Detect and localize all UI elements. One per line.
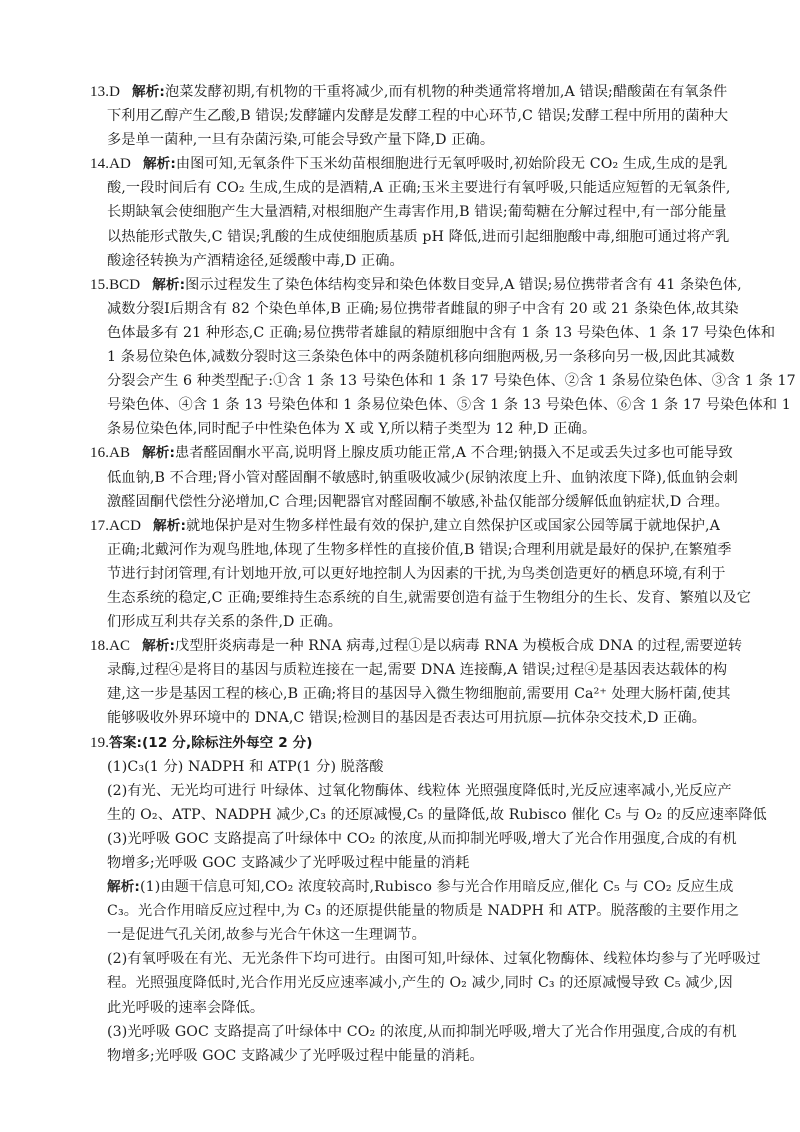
item-text: 由图可知,无氧条件下玉米幼苗根细胞进行无氧呼吸时,初始阶段无 CO₂ 生成,生成… (176, 156, 728, 172)
explanation-line: 此光呼吸的速率会降低。 (90, 996, 720, 1020)
explanation-line: (2)有氧呼吸在有光、无光条件下均可进行。由图可知,叶绿体、过氧化物酶体、线粒体… (90, 947, 720, 971)
item-text: 酸,一段时间后有 CO₂ 生成,生成的是酒精,A 正确;玉米主要进行有氧呼吸,只… (90, 176, 720, 200)
answer-part-1: (1)C₃(1 分) NADPH 和 ATP(1 分) 脱落酸 (90, 755, 720, 779)
item-first-line: 17.ACD解析:就地保护是对生物多样性最有效的保护,建立自然保护区或国家公园等… (90, 514, 720, 538)
item-number: 18. (90, 638, 109, 654)
answer-item-17: 17.ACD解析:就地保护是对生物多样性最有效的保护,建立自然保护区或国家公园等… (90, 514, 720, 634)
item-text: 以热能形式散失,C 错误;乳酸的生成使细胞质基质 pH 降低,进而引起细胞酸中毒… (90, 225, 720, 249)
item-text: 图示过程发生了染色体结构变异和染色体数目变异,A 错误;易位携带者含有 41 条… (185, 277, 742, 293)
item-text: 患者醛固酮水平高,说明肾上腺皮质功能正常,A 不合理;钠摄入不足或丢失过多也可能… (175, 445, 733, 461)
item-answer: AD (109, 156, 131, 172)
item-answer: ACD (109, 518, 141, 534)
item-number: 14. (90, 156, 109, 172)
item-answer: AB (109, 445, 130, 461)
item-answer: BCD (109, 277, 140, 293)
item-text: 正确;北戴河作为观鸟胜地,体现了生物多样性的直接价值,B 错误;合理利用就是最好… (90, 538, 720, 562)
answer-item-14: 14.AD解析:由图可知,无氧条件下玉米幼苗根细胞进行无氧呼吸时,初始阶段无 C… (90, 152, 720, 272)
item-text: 生态系统的稳定,C 正确;要维持生态系统的自生,就需要创造有益于生物组分的生长、… (90, 586, 720, 610)
answer-part-3-cont: 物增多;光呼吸 GOC 支路减少了光呼吸过程中能量的消耗 (90, 851, 720, 875)
item-text: 低血钠,B 不合理;肾小管对醛固酮不敏感时,钠重吸收减少(尿钠浓度上升、血钠浓度… (90, 466, 720, 490)
explanation-line: 解析:(1)由题干信息可知,CO₂ 浓度较高时,Rubisco 参与光合作用暗反… (90, 875, 720, 899)
answer-part-3: (3)光呼吸 GOC 支路提高了叶绿体中 CO₂ 的浓度,从而抑制光呼吸,增大了… (90, 827, 720, 851)
item-first-line: 18.AC解析:戊型肝炎病毒是一种 RNA 病毒,过程①是以病毒 RNA 为模板… (90, 634, 720, 658)
item-first-line: 13.D解析:泡菜发酵初期,有机物的干重将减少,而有机物的种类通常将增加,A 错… (90, 80, 720, 104)
explanation-line: 程。光照强度降低时,光合作用光反应速率减小,产生的 O₂ 减少,同时 C₃ 的还… (90, 971, 720, 995)
item-text: 建,这一步是基因工程的核心,B 正确;将目的基因导入微生物细胞前,需要用 Ca²… (90, 682, 720, 706)
answer-item-18: 18.AC解析:戊型肝炎病毒是一种 RNA 病毒,过程①是以病毒 RNA 为模板… (90, 634, 720, 730)
analysis-label: 解析: (152, 277, 185, 293)
analysis-label: 解析: (142, 445, 175, 461)
answer-item-19: 19.答案:(12 分,除标注外每空 2 分) (1)C₃(1 分) NADPH… (90, 731, 720, 1068)
item-text: 下利用乙醇产生乙酸,B 错误;发酵罐内发酵是发酵工程的中心环节,C 错误;发酵工… (90, 104, 720, 128)
explanation-line: 物增多;光呼吸 GOC 支路减少了光呼吸过程中能量的消耗。 (90, 1044, 720, 1068)
item-number: 19. (90, 735, 109, 751)
analysis-label: 解析: (107, 879, 140, 895)
item-first-line: 14.AD解析:由图可知,无氧条件下玉米幼苗根细胞进行无氧呼吸时,初始阶段无 C… (90, 152, 720, 176)
explanation-line: 一是促进气孔关闭,故参与光合午休这一生理调节。 (90, 923, 720, 947)
item-number: 16. (90, 445, 109, 461)
item-first-line: 16.AB解析:患者醛固酮水平高,说明肾上腺皮质功能正常,A 不合理;钠摄入不足… (90, 441, 720, 465)
item-text: 录酶,过程④是将目的基因与质粒连接在一起,需要 DNA 连接酶,A 错误;过程④… (90, 658, 720, 682)
answer-part-2-cont: 生的 O₂、ATP、NADPH 减少,C₃ 的还原减慢,C₅ 的量降低,故 Ru… (90, 803, 720, 827)
item-text: 多是单一菌种,一旦有杂菌污染,可能会导致产量下降,D 正确。 (90, 128, 720, 152)
explanation-line: C₃。光合作用暗反应过程中,为 C₃ 的还原提供能量的物质是 NADPH 和 A… (90, 899, 720, 923)
item-text: 1 条易位染色体,减数分裂时这三条染色体中的两条随机移向细胞两极,另一条移向另一… (90, 345, 720, 369)
explanation-text: (1)由题干信息可知,CO₂ 浓度较高时,Rubisco 参与光合作用暗反应,催… (140, 879, 734, 895)
item-text: 泡菜发酵初期,有机物的干重将减少,而有机物的种类通常将增加,A 错误;醋酸菌在有… (165, 84, 727, 100)
item-text: 节进行封闭管理,有计划地开放,可以更好地控制人为因素的干扰,为鸟类创造更好的栖息… (90, 562, 720, 586)
item-text: 戊型肝炎病毒是一种 RNA 病毒,过程①是以病毒 RNA 为模板合成 DNA 的… (175, 638, 742, 654)
item-text: 激醛固酮代偿性分泌增加,C 合理;因靶器官对醛固酮不敏感,补盐仅能部分缓解低血钠… (90, 490, 720, 514)
answer-part-2: (2)有光、无光均可进行 叶绿体、过氧化物酶体、线粒体 光照强度降低时,光反应速… (90, 779, 720, 803)
analysis-label: 解析: (143, 156, 176, 172)
item-text: 能够吸收外界环境中的 DNA,C 错误;检测目的基因是否表达可用抗原—抗体杂交技… (90, 706, 720, 730)
answer-item-15: 15.BCD解析:图示过程发生了染色体结构变异和染色体数目变异,A 错误;易位携… (90, 273, 720, 442)
item-number: 13. (90, 84, 109, 100)
explanation-line: (3)光呼吸 GOC 支路提高了叶绿体中 CO₂ 的浓度,从而抑制光呼吸,增大了… (90, 1020, 720, 1044)
item-text: 就地保护是对生物多样性最有效的保护,建立自然保护区或国家公园等属于就地保护,A (186, 518, 720, 534)
item-text: 们形成互利共存关系的条件,D 正确。 (90, 610, 720, 634)
analysis-label: 解析: (132, 84, 165, 100)
item-text: 酸途径转换为产酒精途径,延缓酸中毒,D 正确。 (90, 249, 720, 273)
item-text: 色体最多有 21 种形态,C 正确;易位携带者雄鼠的精原细胞中含有 1 条 13… (90, 321, 720, 345)
item-text: 减数分裂Ⅰ后期含有 82 个染色单体,B 正确;易位携带者雌鼠的卵子中含有 20… (90, 297, 720, 321)
answer-item-13: 13.D解析:泡菜发酵初期,有机物的干重将减少,而有机物的种类通常将增加,A 错… (90, 80, 720, 152)
answer-heading: 答案:(12 分,除标注外每空 2 分) (109, 735, 313, 751)
analysis-label: 解析: (153, 518, 186, 534)
item-first-line: 15.BCD解析:图示过程发生了染色体结构变异和染色体数目变异,A 错误;易位携… (90, 273, 720, 297)
item-text: 分裂会产生 6 种类型配子:①含 1 条 13 号染色体和 1 条 17 号染色… (90, 369, 720, 393)
answer-key-page: 13.D解析:泡菜发酵初期,有机物的干重将减少,而有机物的种类通常将增加,A 错… (90, 80, 720, 1068)
item-number: 17. (90, 518, 109, 534)
analysis-label: 解析: (142, 638, 175, 654)
item-text: 条易位染色体,同时配子中性染色体为 X 或 Y,所以精子类型为 12 种,D 正… (90, 417, 720, 441)
item-answer: D (109, 84, 120, 100)
answer-item-16: 16.AB解析:患者醛固酮水平高,说明肾上腺皮质功能正常,A 不合理;钠摄入不足… (90, 441, 720, 513)
item-first-line: 19.答案:(12 分,除标注外每空 2 分) (90, 731, 720, 755)
item-number: 15. (90, 277, 109, 293)
item-answer: AC (109, 638, 130, 654)
item-text: 长期缺氧会使细胞产生大量酒精,对根细胞产生毒害作用,B 错误;葡萄糖在分解过程中… (90, 200, 720, 224)
item-text: 号染色体、④含 1 条 13 号染色体和 1 条易位染色体、⑤含 1 条 13 … (90, 393, 720, 417)
